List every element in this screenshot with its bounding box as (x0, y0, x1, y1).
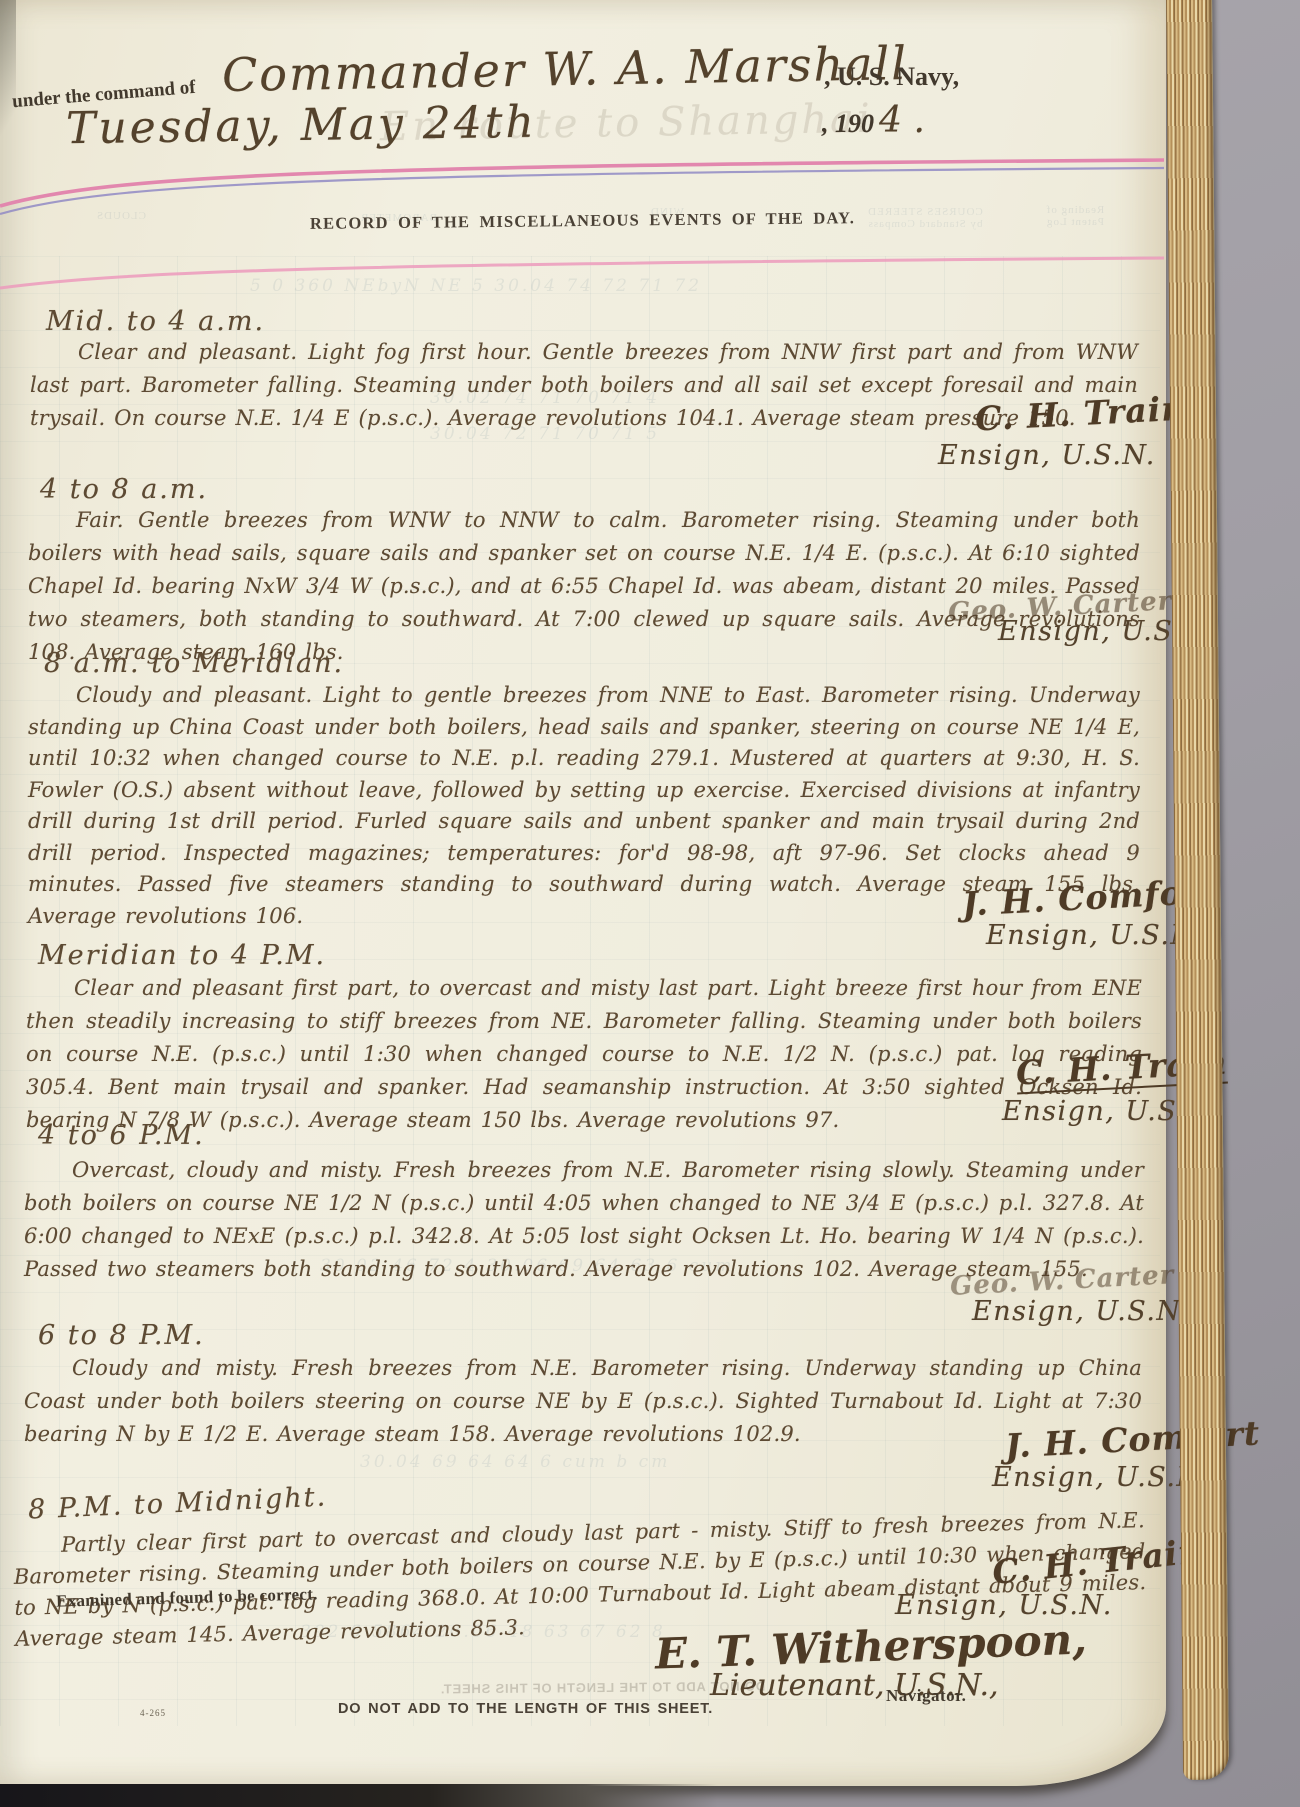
navigator-title-printed: Navigator. (886, 1686, 966, 1706)
watch-officer-rank: Ensign, U.S.N. (992, 1462, 1210, 1493)
year-digit-script: 4 . (879, 100, 925, 141)
form-number: 4-265 (140, 1708, 166, 1718)
watch-officer-rank: Ensign, U.S.N. (986, 920, 1204, 951)
entry-heading: 8 a.m. to Meridian. (44, 648, 344, 679)
entry-body: Cloudy and misty. Fresh breezes from N.E… (24, 1352, 1142, 1451)
year-line: , 190 4 . (822, 100, 925, 141)
commander-name-script: Commander W. A. Marshall (222, 36, 909, 102)
entry-heading: Meridian to 4 P.M. (38, 940, 326, 971)
bleed-data-row: 5 0 360 NEbyN NE 5 30.04 74 72 71 72 (250, 276, 702, 296)
entry-heading: 6 to 8 P.M. (38, 1320, 205, 1351)
entry-body: Fair. Gentle breezes from WNW to NNW to … (28, 504, 1140, 669)
watch-officer-rank: Ensign, U.S.N. (938, 440, 1156, 471)
navy-suffix-printed: , U. S. Navy, (824, 62, 959, 92)
length-notice: DO NOT ADD TO THE LENGTH OF THIS SHEET. (338, 1701, 713, 1717)
entry-heading: 4 to 8 a.m. (40, 474, 208, 505)
logbook-page: En route to Shanghai CLOUDS BAROMETER WI… (0, 0, 1166, 1786)
entry-body: Overcast, cloudy and misty. Fresh breeze… (24, 1154, 1144, 1286)
bleed-data-row: 30.04 69 64 64 6 cum b cm (360, 1452, 670, 1472)
date-script: Tuesday, May 24th (66, 97, 537, 155)
table-shadow (0, 1784, 780, 1807)
year-prefix-printed: , 190 (822, 109, 874, 138)
entry-heading: 8 P.M. to Midnight. (27, 1481, 327, 1525)
record-title: RECORD OF THE MISCELLANEOUS EVENTS OF TH… (0, 205, 1165, 237)
photo-scene: En route to Shanghai CLOUDS BAROMETER WI… (0, 0, 1300, 1807)
entry-heading: 4 to 6 P.M. (38, 1120, 205, 1151)
entry-body: Clear and pleasant first part, to overca… (26, 972, 1142, 1137)
watch-officer-rank: Ensign, U.S.N. (972, 1296, 1190, 1327)
page-corner-shadow (0, 0, 16, 170)
entry-heading: Mid. to 4 a.m. (46, 306, 265, 337)
entry-body: Clear and pleasant. Light fog first hour… (30, 336, 1138, 435)
book-fore-edge (1166, 0, 1229, 1780)
